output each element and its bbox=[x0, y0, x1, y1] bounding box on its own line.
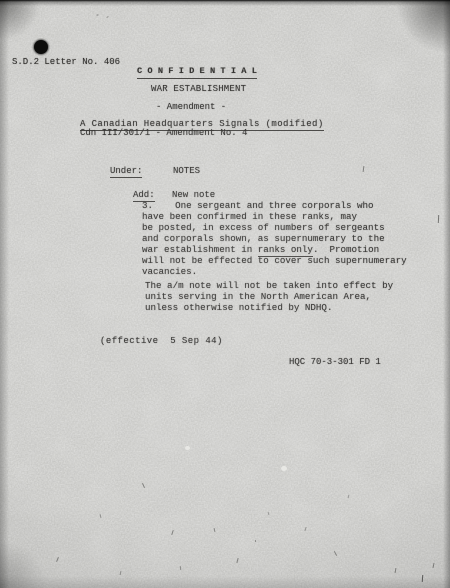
text-line: unless otherwise notified by NDHQ. bbox=[145, 302, 393, 313]
text-line: The a/m note will not be taken into effe… bbox=[145, 280, 393, 291]
classification-heading: C O N F I D E N T I A L bbox=[137, 66, 257, 79]
amendment-heading: - Amendment - bbox=[156, 102, 226, 112]
text-line: units serving in the North American Area… bbox=[145, 291, 393, 302]
text-line: 3. One sergeant and three corporals who bbox=[142, 200, 407, 211]
effective-date: (effective 5 Sep 44) bbox=[100, 336, 223, 346]
under-value: NOTES bbox=[173, 166, 200, 176]
document-reference: Cdn III/301/1 - Amendment No. 4 bbox=[80, 128, 247, 138]
letter-number: S.D.2 Letter No. 406 bbox=[12, 57, 120, 67]
scan-white-speck bbox=[185, 446, 190, 450]
scan-speck bbox=[255, 540, 256, 542]
add-value: New note bbox=[172, 190, 215, 200]
scan-white-speck bbox=[281, 466, 287, 471]
war-establishment-heading: WAR ESTABLISHMENT bbox=[151, 84, 246, 94]
scanned-document-page: S.D.2 Letter No. 406 C O N F I D E N T I… bbox=[0, 0, 450, 588]
text-line: will not be effected to cover such super… bbox=[142, 255, 407, 266]
typewritten-content: S.D.2 Letter No. 406 C O N F I D E N T I… bbox=[0, 0, 450, 588]
text-line: war establishment in ranks only. Promoti… bbox=[142, 244, 407, 255]
text-line: and corporals shown, as supernumerary to… bbox=[142, 233, 407, 244]
note-paragraph: 3. One sergeant and three corporals whoh… bbox=[142, 200, 407, 277]
text-line: have been confirmed in these ranks, may bbox=[142, 211, 407, 222]
text-line: vacancies. bbox=[142, 266, 407, 277]
area-note-paragraph: The a/m note will not be taken into effe… bbox=[145, 280, 393, 313]
under-label: Under: bbox=[110, 166, 142, 178]
text-line: be posted, in excess of numbers of serge… bbox=[142, 222, 407, 233]
file-reference: HQC 70-3-301 FD 1 bbox=[289, 357, 381, 367]
hole-punch-mark bbox=[34, 40, 48, 54]
